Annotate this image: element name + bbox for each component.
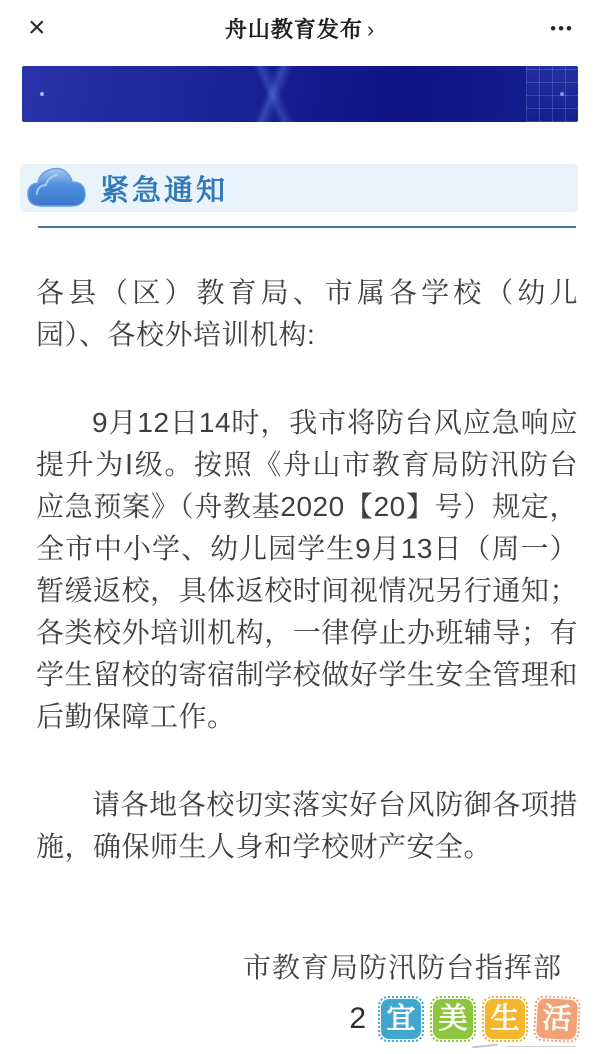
issuer-signature: 市教育局防汛防台指挥部 <box>36 946 578 986</box>
watermark-char: 生 <box>485 999 525 1039</box>
notice-heading-band: 紧急通知 <box>20 164 578 212</box>
top-bar: 舟山教育发布› × ••• <box>0 0 600 56</box>
watermark-tile-huo: 活 <box>533 995 581 1043</box>
cloud-icon <box>22 160 92 216</box>
watermark-tile-sheng: 生 <box>482 996 528 1042</box>
paragraph-main-notice: 9月12日14时，我市将防台风应急响应提升为Ⅰ级。按照《舟山市教育局防汛防台应急… <box>36 402 578 738</box>
watermark-char: 宜 <box>381 999 421 1039</box>
chevron-right-icon: › <box>367 17 375 42</box>
article-banner-image <box>22 66 578 122</box>
notice-heading: 紧急通知 <box>100 168 228 209</box>
paragraph-closing: 请各地各校切实落实好台风防御各项措施，确保师生人身和学校财产安全。 <box>36 784 578 868</box>
footer-row: 2 宜 美 生 活 <box>0 996 600 1042</box>
account-title[interactable]: 舟山教育发布› <box>0 13 600 44</box>
paragraph-addressees: 各县（区）教育局、市属各学校（幼儿园）、各校外培训机构: <box>36 272 578 356</box>
watermark-char: 活 <box>536 998 578 1040</box>
page-number: 2 <box>349 1002 366 1036</box>
account-title-text: 舟山教育发布 <box>225 17 363 42</box>
watermark-char: 美 <box>433 999 473 1039</box>
watermark-tile-mei: 美 <box>430 996 476 1042</box>
notice-underline <box>38 226 576 228</box>
banner-dot-right <box>560 92 564 96</box>
watermark-scribble-icon <box>472 1042 582 1050</box>
watermark-tile-yi: 宜 <box>378 996 424 1042</box>
article-body: 各县（区）教育局、市属各学校（幼儿园）、各校外培训机构: 9月12日14时，我市… <box>0 272 600 986</box>
banner-dot-left <box>40 92 44 96</box>
